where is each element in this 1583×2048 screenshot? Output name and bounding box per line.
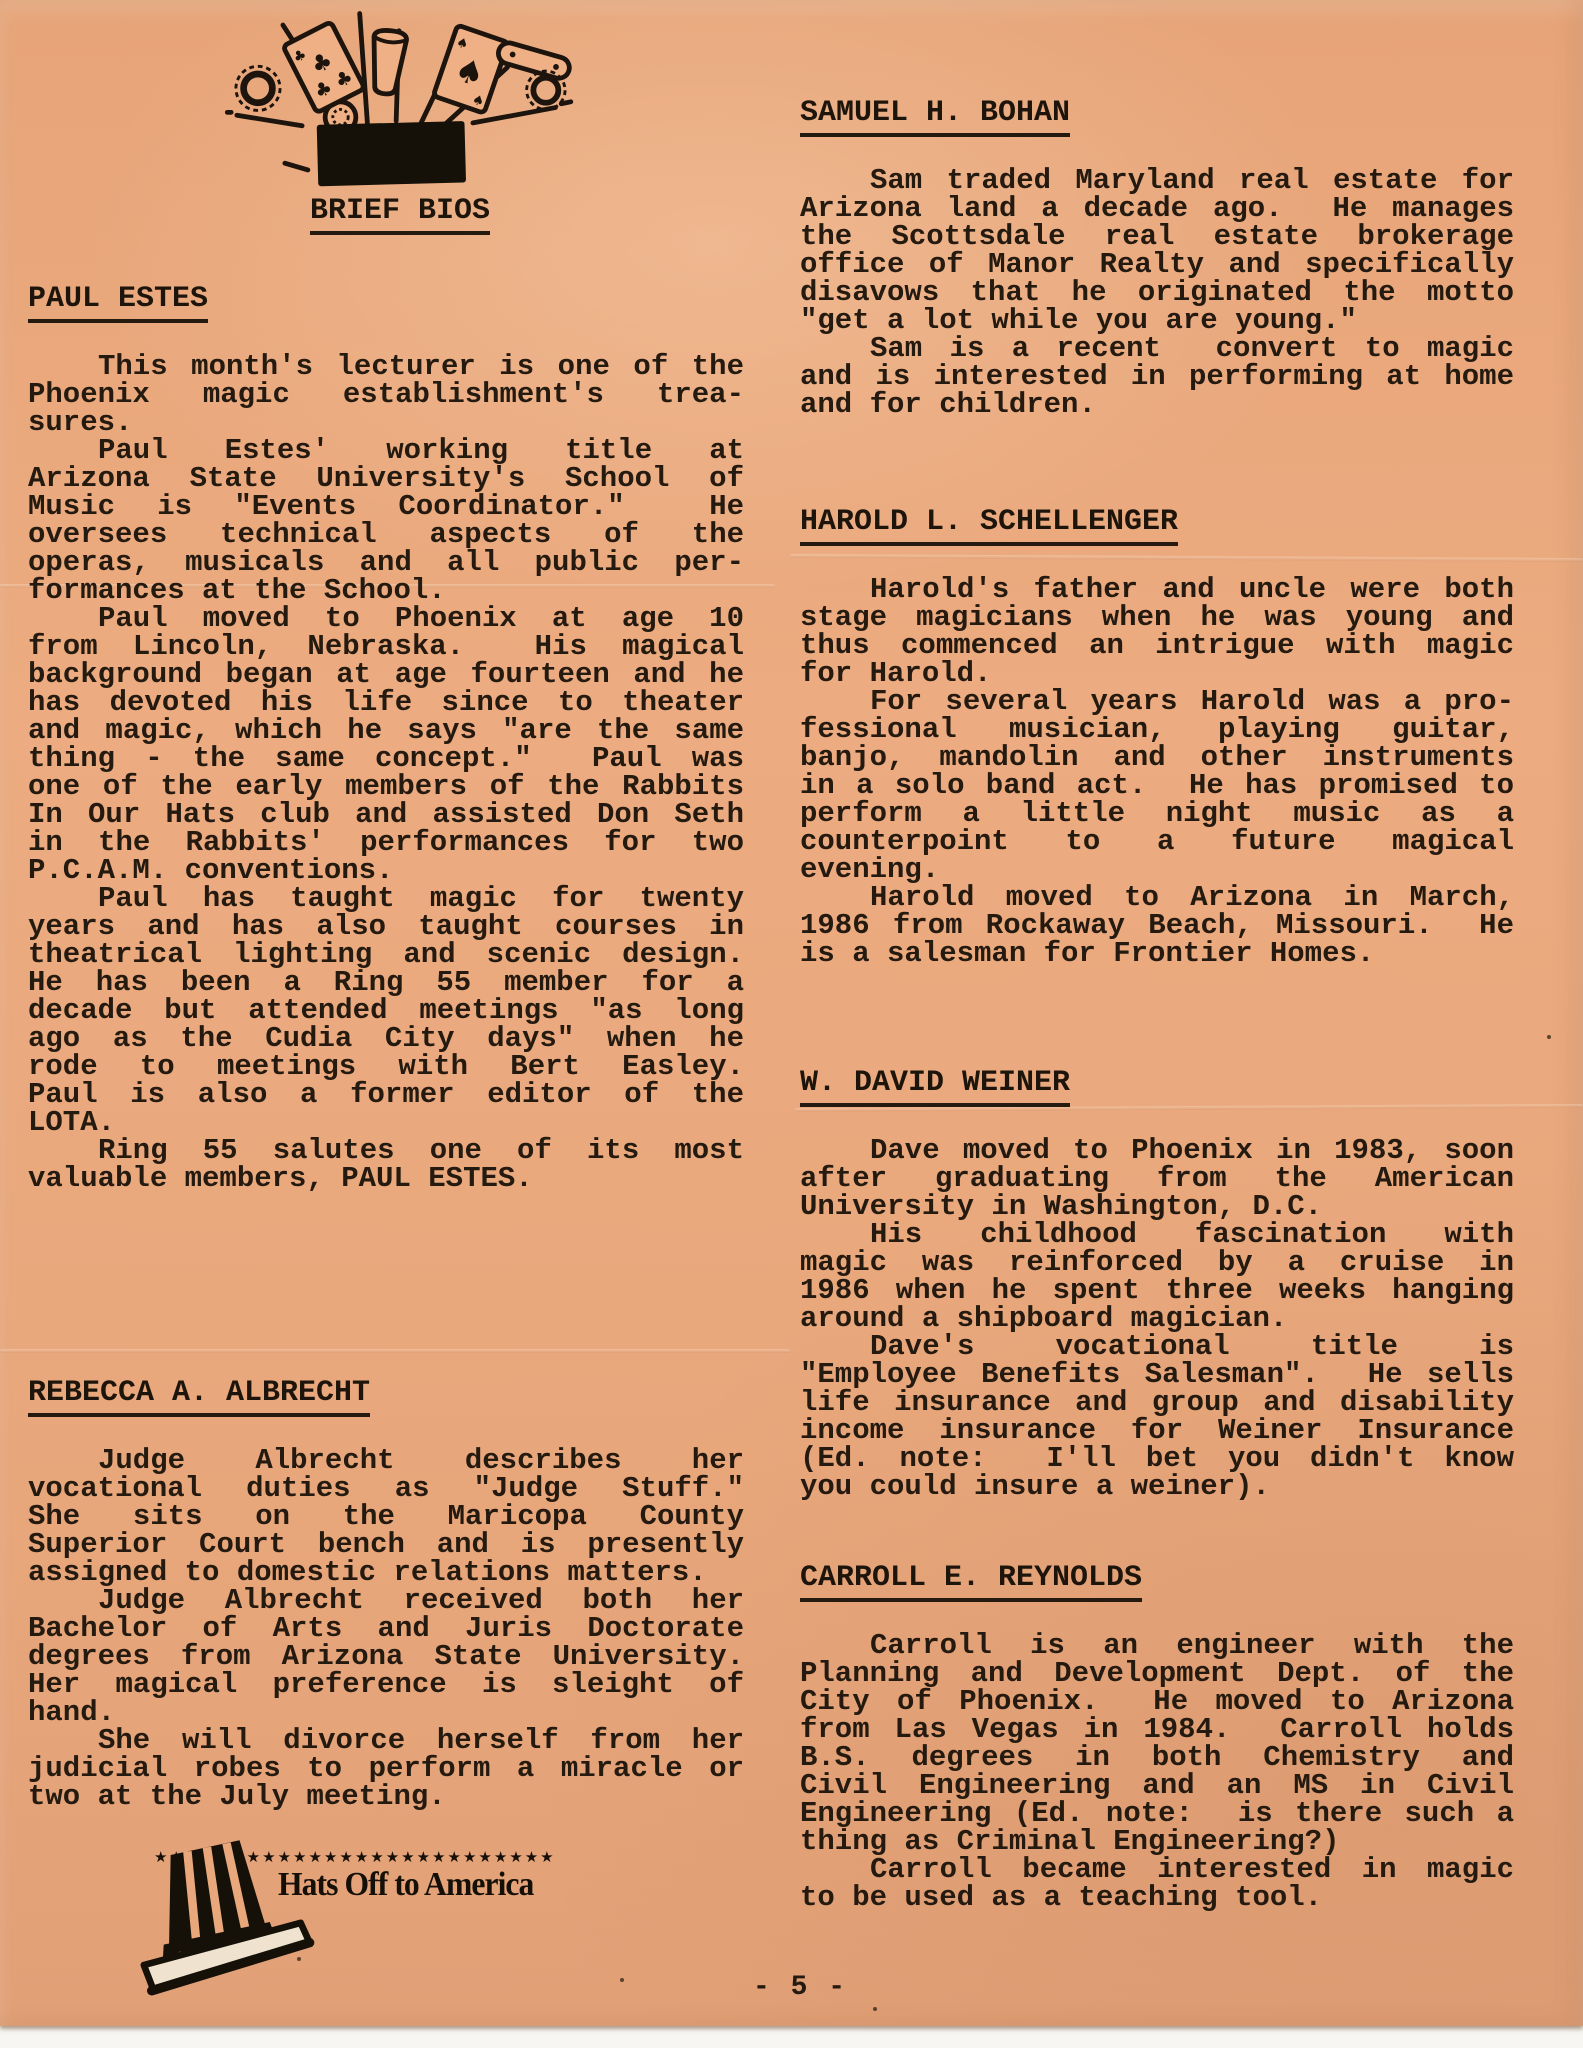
text-line: Judge Albrecht received both her bbox=[28, 1587, 744, 1615]
text-line: after graduating from the American bbox=[800, 1165, 1514, 1193]
text-line: perform a little night music as a bbox=[800, 800, 1514, 828]
section-paragraphs: This month's lecturer is one of thePhoen… bbox=[28, 353, 744, 1193]
section-rebecca-albrecht: REBECCA A. ALBRECHT Judge Albrecht descr… bbox=[28, 1376, 744, 1811]
paragraph: Dave's vocational title is"Employee Bene… bbox=[800, 1333, 1514, 1501]
text-line: valuable members, PAUL ESTES. bbox=[28, 1165, 744, 1193]
text-line: for Harold. bbox=[800, 660, 1514, 688]
playing-card-clubs-icon: ♣ ♣ ♣ ♣ bbox=[283, 22, 365, 113]
ring-icon bbox=[236, 66, 280, 110]
section-paragraphs: Judge Albrecht describes hervocational d… bbox=[28, 1447, 744, 1811]
top-hat-icon bbox=[128, 1838, 318, 2018]
pocket-knife-icon bbox=[496, 40, 572, 80]
text-line: Sam is a recent convert to magic bbox=[800, 335, 1514, 363]
text-line: Carroll became interested in magic bbox=[800, 1856, 1514, 1884]
text-line: His childhood fascination with bbox=[800, 1221, 1514, 1249]
text-line: from Las Vegas in 1984. Carroll holds bbox=[800, 1716, 1514, 1744]
text-line: Harold moved to Arizona in March, bbox=[800, 884, 1514, 912]
section-samuel-bohan: SAMUEL H. BOHAN Sam traded Maryland real… bbox=[800, 96, 1514, 419]
text-line: Civil Engineering and an MS in Civil bbox=[800, 1772, 1514, 1800]
page-title: BRIEF BIOS bbox=[230, 194, 570, 235]
text-line: disavows that he originated the motto bbox=[800, 279, 1514, 307]
text-line: rode to meetings with Bert Easley. bbox=[28, 1053, 744, 1081]
text-line: Phoenix magic establishment's trea- bbox=[28, 381, 744, 409]
text-line: in a solo band act. He has promised to bbox=[800, 772, 1514, 800]
paragraph: Harold's father and uncle were bothstage… bbox=[800, 576, 1514, 688]
text-line: oversees technical aspects of the bbox=[28, 521, 744, 549]
magic-hat-illustration: ♣ ♣ ♣ ♣ ♠ ♠ ♠ bbox=[225, 2, 575, 192]
section-heading: W. DAVID WEINER bbox=[800, 1066, 1514, 1107]
text-line: vocational duties as "Judge Stuff." bbox=[28, 1475, 744, 1503]
text-line: hand. bbox=[28, 1699, 744, 1727]
text-line: University in Washington, D.C. bbox=[800, 1193, 1514, 1221]
section-heading-text: PAUL ESTES bbox=[28, 282, 208, 323]
text-line: "Employee Benefits Salesman". He sells bbox=[800, 1361, 1514, 1389]
text-line: Bachelor of Arts and Juris Doctorate bbox=[28, 1615, 744, 1643]
playing-card-spade-icon: ♠ ♠ ♠ bbox=[433, 25, 508, 113]
section-carroll-reynolds: CARROLL E. REYNOLDS Carroll is an engine… bbox=[800, 1561, 1514, 1912]
text-line: around a shipboard magician. bbox=[800, 1305, 1514, 1333]
text-line: He has been a Ring 55 member for a bbox=[28, 969, 744, 997]
text-line: formances at the School. bbox=[28, 577, 744, 605]
text-line: one of the early members of the Rabbits bbox=[28, 773, 744, 801]
text-line: P.C.A.M. conventions. bbox=[28, 857, 744, 885]
text-line: B.S. degrees in both Chemistry and bbox=[800, 1744, 1514, 1772]
text-line: decade but attended meetings "as long bbox=[28, 997, 744, 1025]
text-line: sures. bbox=[28, 409, 744, 437]
section-heading: SAMUEL H. BOHAN bbox=[800, 96, 1514, 137]
section-paragraphs: Harold's father and uncle were bothstage… bbox=[800, 576, 1514, 968]
text-line: 1986 when he spent three weeks hanging bbox=[800, 1277, 1514, 1305]
text-line: theatrical lighting and scenic design. bbox=[28, 941, 744, 969]
page-title-text: BRIEF BIOS bbox=[310, 194, 490, 235]
scan-speck bbox=[873, 2007, 877, 2011]
text-line: assigned to domestic relations matters. bbox=[28, 1559, 744, 1587]
text-line: LOTA. bbox=[28, 1109, 744, 1137]
section-heading: CARROLL E. REYNOLDS bbox=[800, 1561, 1514, 1602]
paragraph: Dave moved to Phoenix in 1983, soonafter… bbox=[800, 1137, 1514, 1221]
section-harold-schellenger: HAROLD L. SCHELLENGER Harold's father an… bbox=[800, 505, 1514, 968]
text-line: Paul has taught magic for twenty bbox=[28, 885, 744, 913]
magic-hat-icon bbox=[317, 121, 466, 186]
text-line: Paul Estes' working title at bbox=[28, 437, 744, 465]
text-line: in the Rabbits' performances for two bbox=[28, 829, 744, 857]
text-line: judicial robes to perform a miracle or bbox=[28, 1755, 744, 1783]
text-line: Paul moved to Phoenix at age 10 bbox=[28, 605, 744, 633]
text-line: Music is "Events Coordinator." He bbox=[28, 493, 744, 521]
text-line: She will divorce herself from her bbox=[28, 1727, 744, 1755]
paragraph: Judge Albrecht describes hervocational d… bbox=[28, 1447, 744, 1587]
page-number: - 5 - bbox=[700, 1972, 900, 2003]
text-line: and for children. bbox=[800, 391, 1514, 419]
text-line: Dave moved to Phoenix in 1983, soon bbox=[800, 1137, 1514, 1165]
text-line: In Our Hats club and assisted Don Seth bbox=[28, 801, 744, 829]
text-line: Sam traded Maryland real estate for bbox=[800, 167, 1514, 195]
text-line: income insurance for Weiner Insurance bbox=[800, 1417, 1514, 1445]
text-line: Superior Court bench and is presently bbox=[28, 1531, 744, 1559]
text-line: and is interested in performing at home bbox=[800, 363, 1514, 391]
left-column: PAUL ESTES This month's lecturer is one … bbox=[28, 282, 744, 1811]
text-line: thing - the same concept." Paul was bbox=[28, 745, 744, 773]
text-line: Carroll is an engineer with the bbox=[800, 1632, 1514, 1660]
text-line: This month's lecturer is one of the bbox=[28, 353, 744, 381]
section-heading-text: W. DAVID WEINER bbox=[800, 1066, 1070, 1107]
text-line: life insurance and group and disability bbox=[800, 1389, 1514, 1417]
text-line: to be used as a teaching tool. bbox=[800, 1884, 1514, 1912]
text-line: office of Manor Realty and specifically bbox=[800, 251, 1514, 279]
paragraph: Paul has taught magic for twentyyears an… bbox=[28, 885, 744, 1137]
text-line: 1986 from Rockaway Beach, Missouri. He bbox=[800, 912, 1514, 940]
text-line: magic was reinforced by a cruise in bbox=[800, 1249, 1514, 1277]
paragraph: His childhood fascination withmagic was … bbox=[800, 1221, 1514, 1333]
text-line: For several years Harold was a pro- bbox=[800, 688, 1514, 716]
text-line: Judge Albrecht describes her bbox=[28, 1447, 744, 1475]
text-line: two at the July meeting. bbox=[28, 1783, 744, 1811]
paragraph: Carroll is an engineer with thePlanning … bbox=[800, 1632, 1514, 1856]
text-line: years and has also taught courses in bbox=[28, 913, 744, 941]
scan-speck bbox=[297, 1957, 301, 1961]
text-line: Dave's vocational title is bbox=[800, 1333, 1514, 1361]
section-paul-estes: PAUL ESTES This month's lecturer is one … bbox=[28, 282, 744, 1193]
paragraph: Carroll became interested in magicto be … bbox=[800, 1856, 1514, 1912]
text-line: Ring 55 salutes one of its most bbox=[28, 1137, 744, 1165]
right-column: SAMUEL H. BOHAN Sam traded Maryland real… bbox=[800, 96, 1514, 1912]
text-line: Arizona State University's School of bbox=[28, 465, 744, 493]
paragraph: Ring 55 salutes one of its mostvaluable … bbox=[28, 1137, 744, 1193]
section-heading-text: HAROLD L. SCHELLENGER bbox=[800, 505, 1178, 546]
text-line: evening. bbox=[800, 856, 1514, 884]
text-line: Paul is also a former editor of the bbox=[28, 1081, 744, 1109]
paragraph: Sam is a recent convert to magicand is i… bbox=[800, 335, 1514, 419]
paragraph: Sam traded Maryland real estate forArizo… bbox=[800, 167, 1514, 335]
section-paragraphs: Carroll is an engineer with thePlanning … bbox=[800, 1632, 1514, 1912]
text-line: operas, musicals and all public per- bbox=[28, 549, 744, 577]
paragraph: Paul moved to Phoenix at age 10from Linc… bbox=[28, 605, 744, 885]
section-heading: PAUL ESTES bbox=[28, 282, 744, 323]
text-line: is a salesman for Frontier Homes. bbox=[800, 940, 1514, 968]
text-line: Her magical preference is sleight of bbox=[28, 1671, 744, 1699]
shot-glass-icon bbox=[368, 29, 407, 95]
paragraph: This month's lecturer is one of thePhoen… bbox=[28, 353, 744, 437]
text-line: you could insure a weiner). bbox=[800, 1473, 1514, 1501]
section-paragraphs: Sam traded Maryland real estate forArizo… bbox=[800, 167, 1514, 419]
text-line: "get a lot while you are young." bbox=[800, 307, 1514, 335]
scan-speck bbox=[1547, 1035, 1551, 1039]
text-line: Harold's father and uncle were both bbox=[800, 576, 1514, 604]
paragraph: For several years Harold was a pro-fessi… bbox=[800, 688, 1514, 884]
text-line: thing as Criminal Engineering?) bbox=[800, 1828, 1514, 1856]
text-line: Planning and Development Dept. of the bbox=[800, 1660, 1514, 1688]
paragraph: Harold moved to Arizona in March,1986 fr… bbox=[800, 884, 1514, 968]
text-line: and magic, which he says "are the same bbox=[28, 717, 744, 745]
paragraph: Judge Albrecht received both herBachelor… bbox=[28, 1587, 744, 1727]
text-line: ago as the Cudia City days" when he bbox=[28, 1025, 744, 1053]
text-line: the Scottsdale real estate brokerage bbox=[800, 223, 1514, 251]
text-line: counterpoint to a future magical bbox=[800, 828, 1514, 856]
section-heading-text: SAMUEL H. BOHAN bbox=[800, 96, 1070, 137]
text-line: stage magicians when he was young and bbox=[800, 604, 1514, 632]
text-line: fessional musician, playing guitar, bbox=[800, 716, 1514, 744]
text-line: has devoted his life since to theater bbox=[28, 689, 744, 717]
hats-off-to-america-logo: ★★★★★★★★★★★★★★★★★★★★★★★★★★ Hats Off to A… bbox=[128, 1832, 618, 2024]
text-line: thus commenced an intrigue with magic bbox=[800, 632, 1514, 660]
paragraph: Paul Estes' working title atArizona Stat… bbox=[28, 437, 744, 605]
text-line: degrees from Arizona State University. bbox=[28, 1643, 744, 1671]
section-david-weiner: W. DAVID WEINER Dave moved to Phoenix in… bbox=[800, 1066, 1514, 1501]
section-paragraphs: Dave moved to Phoenix in 1983, soonafter… bbox=[800, 1137, 1514, 1501]
text-line: (Ed. note: I'll bet you didn't know bbox=[800, 1445, 1514, 1473]
text-line: banjo, mandolin and other instruments bbox=[800, 744, 1514, 772]
section-heading-text: REBECCA A. ALBRECHT bbox=[28, 1376, 370, 1417]
text-line: City of Phoenix. He moved to Arizona bbox=[800, 1688, 1514, 1716]
paragraph: She will divorce herself from herjudicia… bbox=[28, 1727, 744, 1811]
text-line: Arizona land a decade ago. He manages bbox=[800, 195, 1514, 223]
text-line: background began at age fourteen and he bbox=[28, 661, 744, 689]
text-line: from Lincoln, Nebraska. His magical bbox=[28, 633, 744, 661]
section-heading: HAROLD L. SCHELLENGER bbox=[800, 505, 1514, 546]
section-heading: REBECCA A. ALBRECHT bbox=[28, 1376, 744, 1417]
section-heading-text: CARROLL E. REYNOLDS bbox=[800, 1561, 1142, 1602]
scan-speck bbox=[620, 1978, 624, 1982]
text-line: She sits on the Maricopa County bbox=[28, 1503, 744, 1531]
text-line: Engineering (Ed. note: is there such a bbox=[800, 1800, 1514, 1828]
